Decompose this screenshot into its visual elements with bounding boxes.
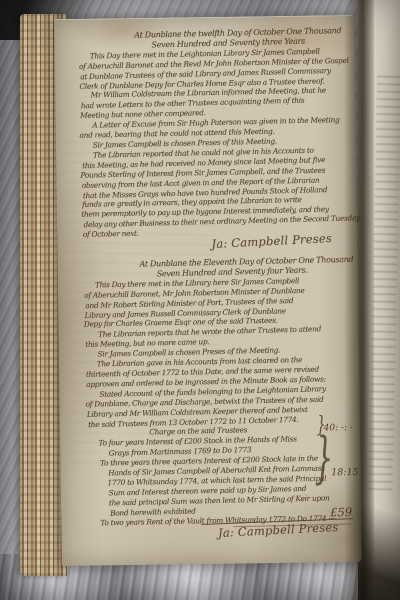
facing-page-edge [358, 0, 400, 600]
manuscript-text: At Dunblane the twelfth Day of October O… [78, 26, 351, 542]
minutes-1774-section: At Dunblane the Eleventh Day of October … [83, 255, 350, 542]
account-entry2-amount: 18:15 [331, 467, 359, 478]
facing-page-bottom-shadow [358, 490, 400, 600]
account-entry2-brace: } [314, 426, 334, 491]
manuscript-photo: At Dunblane the twelfth Day of October O… [0, 0, 400, 600]
manuscript-page: At Dunblane the twelfth Day of October O… [54, 15, 362, 566]
facing-page-writing-marks [369, 70, 400, 490]
account-total-amount: £59 [330, 505, 352, 519]
minutes-1773-section: At Dunblane the twelfth Day of October O… [78, 26, 344, 254]
